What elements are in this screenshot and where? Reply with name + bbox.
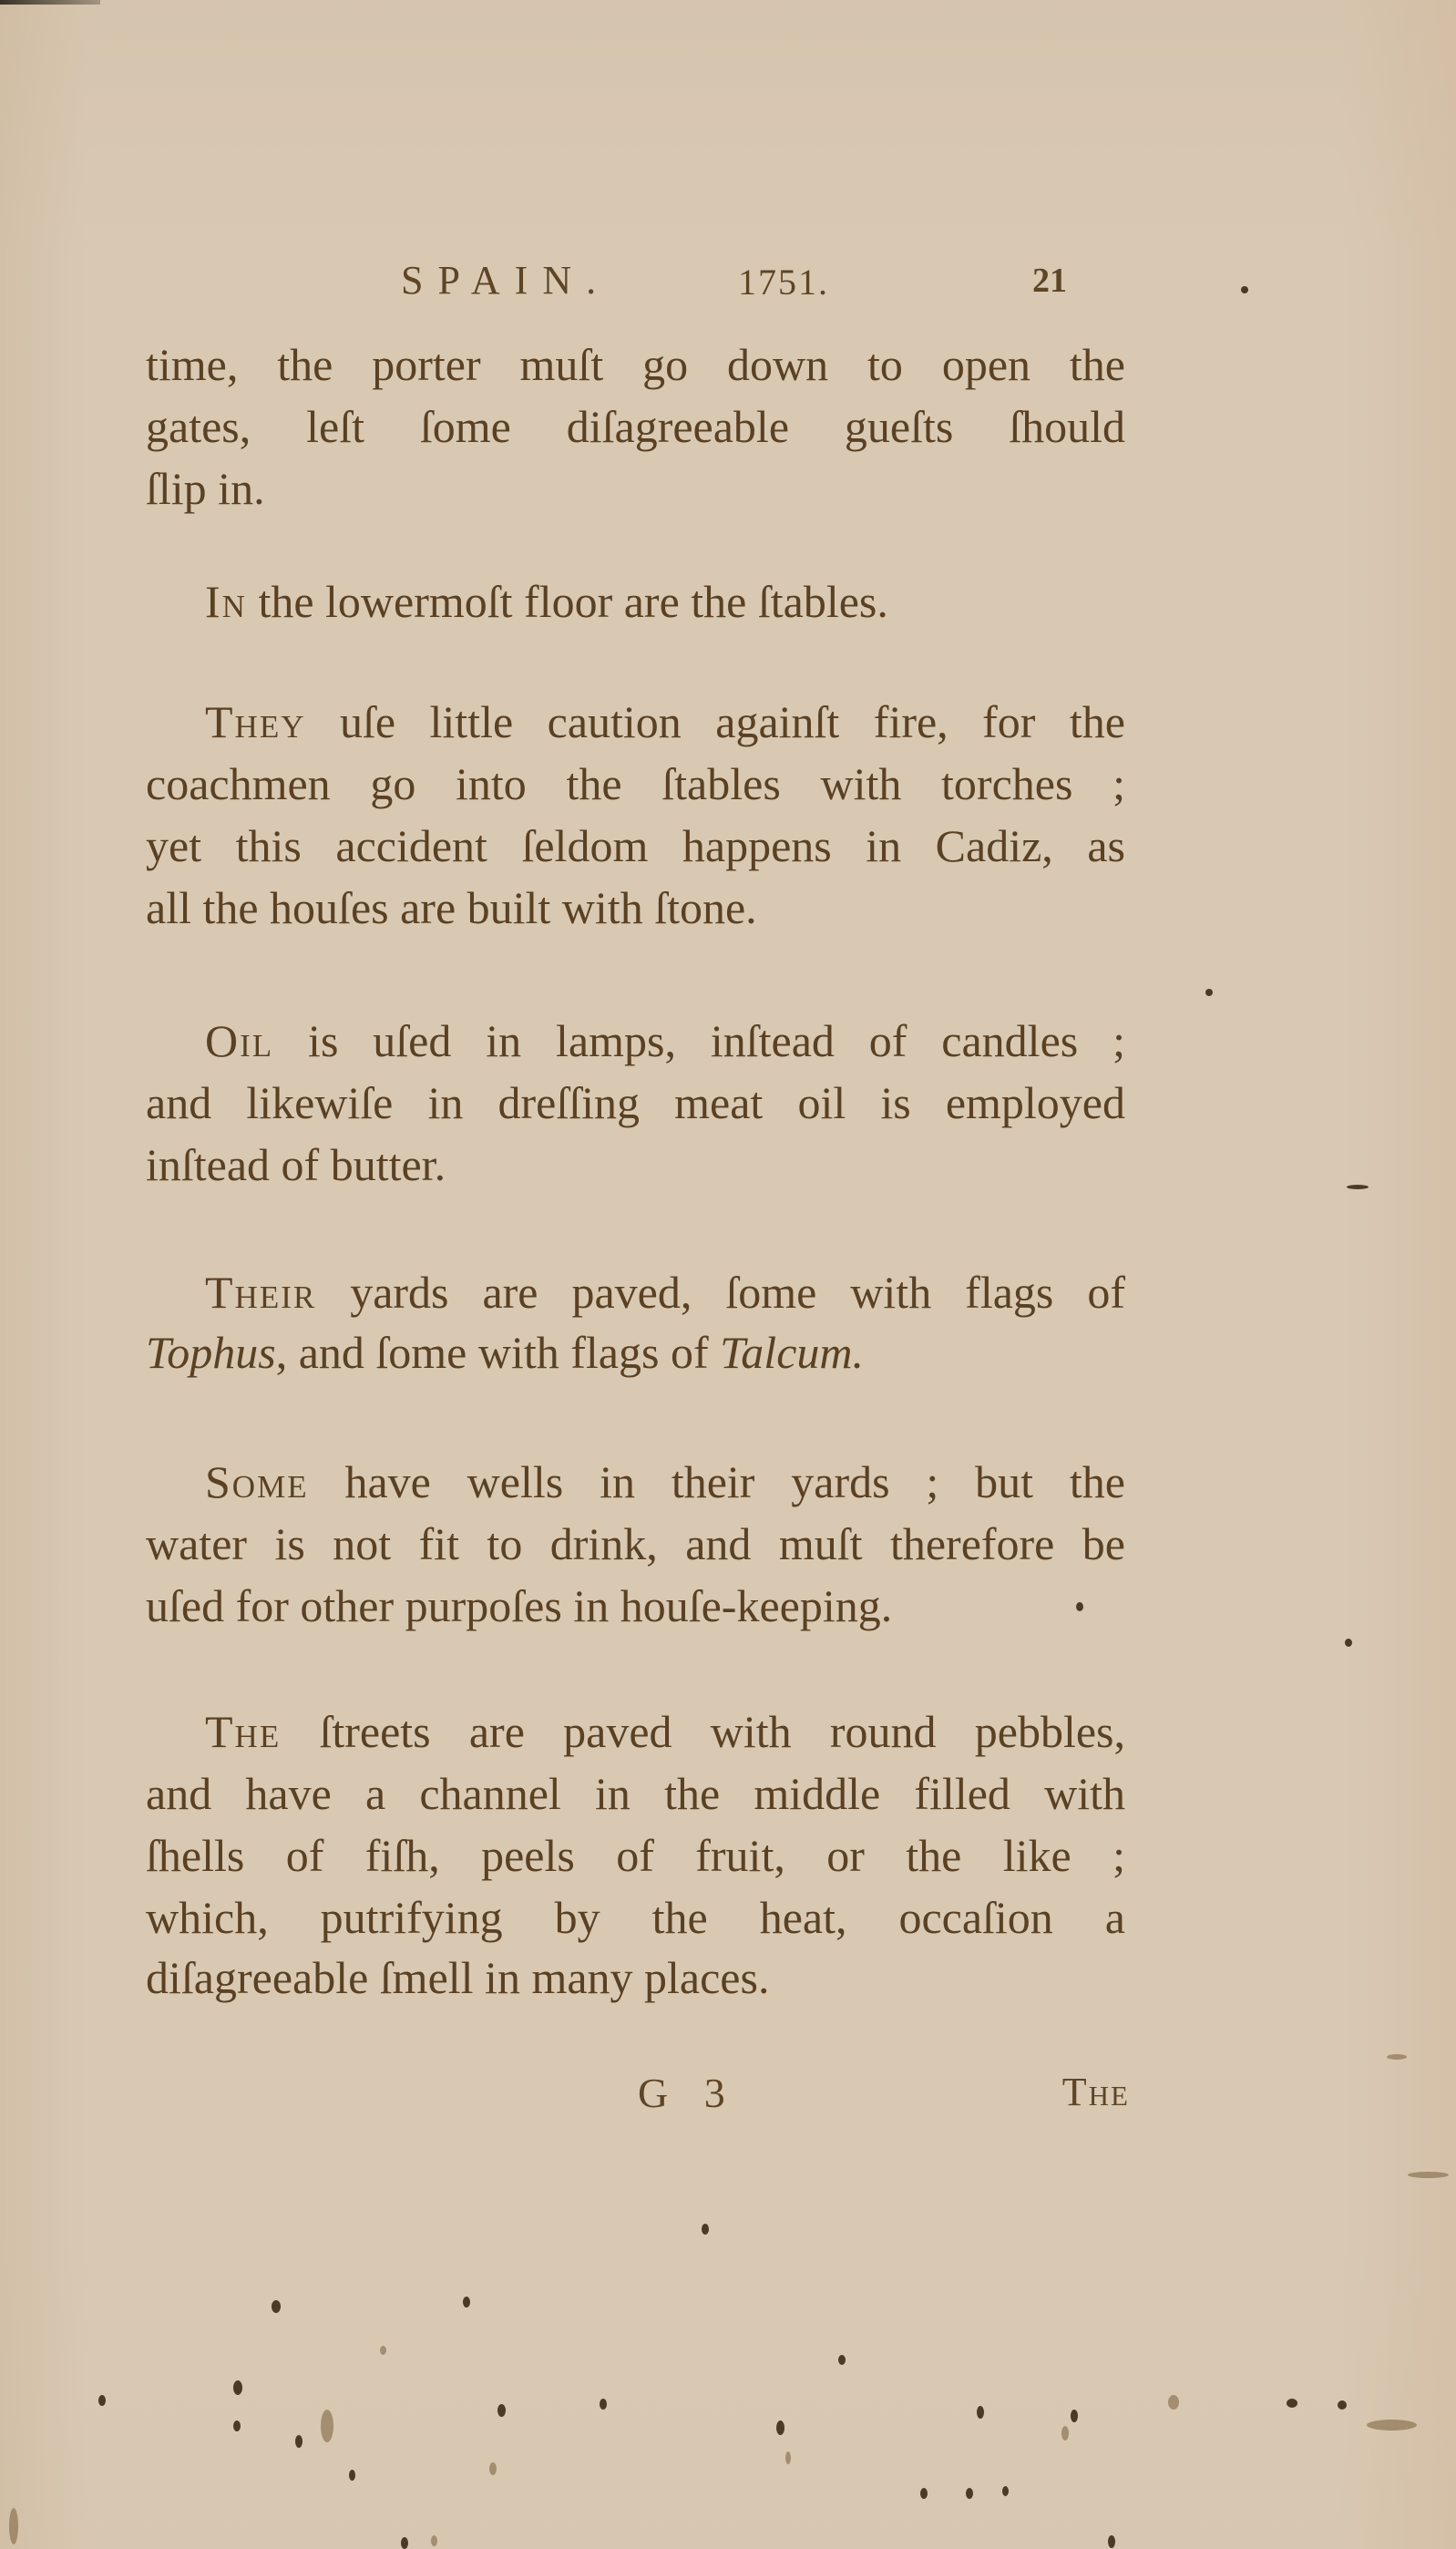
text-span: ſtreets are paved with round pebbles, bbox=[319, 1706, 1125, 1757]
text-span: the lowermoſt floor are the ſtables. bbox=[258, 576, 887, 627]
text-line: and have a channel in the middle filled … bbox=[146, 1766, 1125, 1821]
speck bbox=[233, 2421, 241, 2431]
speck bbox=[1002, 2486, 1009, 2496]
speck bbox=[1071, 2410, 1078, 2422]
text-span: yards are paved, ſome with flags of bbox=[350, 1267, 1125, 1318]
text-line: ſlip in. bbox=[146, 461, 1125, 516]
book-page: SPAIN. 1751. 21 time, the porter muſt go… bbox=[0, 0, 1456, 2549]
speck bbox=[272, 2300, 281, 2313]
paragraph-yards: Their yards are paved, ſome with flags o… bbox=[146, 1265, 1125, 1320]
speck bbox=[785, 2451, 791, 2464]
speck bbox=[702, 2224, 709, 2235]
speck bbox=[1287, 2399, 1297, 2408]
paragraph-stables: In the lowermoſt floor are the ſtables. bbox=[146, 574, 1125, 629]
text-line: inſtead of butter. bbox=[146, 1137, 1125, 1192]
speck bbox=[1061, 2426, 1069, 2441]
catchword: The bbox=[1062, 2069, 1130, 2115]
speck bbox=[1345, 1639, 1352, 1647]
text-line: coachmen go into the ſtables with torche… bbox=[146, 756, 1125, 811]
paragraph-lead: Their bbox=[205, 1267, 316, 1318]
speck bbox=[380, 2346, 386, 2355]
paragraph-fire: They uſe little caution againſt fire, fo… bbox=[146, 694, 1125, 749]
speck bbox=[295, 2435, 302, 2448]
text-line: diſagreeable ſmell in many places. bbox=[146, 1950, 1125, 2005]
running-head-year: 1751. bbox=[738, 261, 829, 303]
speck bbox=[98, 2395, 106, 2406]
speck bbox=[401, 2537, 408, 2549]
speck bbox=[1205, 989, 1213, 996]
text-span: have wells in their yards ; but the bbox=[344, 1456, 1125, 1507]
signature-mark: G 3 bbox=[638, 2069, 738, 2117]
speck bbox=[920, 2488, 928, 2499]
running-head-title: SPAIN. bbox=[401, 257, 610, 303]
speck bbox=[1387, 2054, 1407, 2060]
speck bbox=[497, 2404, 506, 2417]
paragraph-lead: Oil bbox=[205, 1015, 273, 1066]
speck bbox=[431, 2535, 437, 2546]
speck bbox=[1168, 2395, 1179, 2410]
page-number: 21 bbox=[1032, 261, 1067, 301]
page-footer: G 3 The bbox=[638, 2069, 1130, 2133]
speck bbox=[600, 2399, 607, 2410]
speck bbox=[977, 2406, 984, 2419]
speck bbox=[1241, 286, 1248, 293]
speck bbox=[966, 2488, 973, 2499]
speck bbox=[1367, 2420, 1417, 2431]
text-span: is uſed in lamps, inſtead of candles ; bbox=[308, 1015, 1125, 1066]
paragraph-wells: Some have wells in their yards ; but the bbox=[146, 1454, 1125, 1509]
speck bbox=[489, 2462, 497, 2475]
running-head: SPAIN. 1751. 21 bbox=[401, 257, 1130, 312]
text-span: uſe little caution againſt fire, for the bbox=[340, 696, 1125, 747]
speck bbox=[233, 2380, 242, 2395]
paragraph-lead: Some bbox=[205, 1456, 309, 1507]
text-span: , and ſome with flags of bbox=[276, 1327, 709, 1378]
speck bbox=[1076, 1602, 1083, 1611]
paragraph-streets: The ſtreets are paved with round pebbles… bbox=[146, 1704, 1125, 1759]
text-line: ſhells of fiſh, peels of fruit, or the l… bbox=[146, 1828, 1125, 1883]
text-line: all the houſes are built with ſtone. bbox=[146, 880, 1125, 935]
speck bbox=[1347, 1185, 1369, 1189]
text-line: Tophus, and ſome with flags of Talcum. bbox=[146, 1325, 1125, 1380]
italic-term: Tophus bbox=[146, 1327, 276, 1378]
text-line: which, putrifying by the heat, occaſion … bbox=[146, 1890, 1125, 1945]
speck bbox=[9, 2508, 18, 2544]
speck bbox=[1408, 2172, 1449, 2178]
text-line: gates, leſt ſome diſagreeable gueſts ſho… bbox=[146, 399, 1125, 454]
speck bbox=[776, 2421, 784, 2435]
italic-term: Talcum. bbox=[720, 1327, 864, 1378]
speck bbox=[349, 2470, 355, 2481]
speck bbox=[1108, 2535, 1115, 2548]
speck bbox=[838, 2355, 846, 2365]
text-line: yet this accident ſeldom happens in Cadi… bbox=[146, 818, 1125, 873]
speck bbox=[463, 2297, 470, 2307]
speck bbox=[1338, 2400, 1347, 2410]
paragraph-oil: Oil is uſed in lamps, inſtead of candles… bbox=[146, 1013, 1125, 1068]
paragraph-lead: They bbox=[205, 696, 305, 747]
text-line: water is not fit to drink, and muſt ther… bbox=[146, 1516, 1125, 1571]
text-line: uſed for other purpoſes in houſe-keeping… bbox=[146, 1578, 1125, 1633]
paragraph-lead: The bbox=[205, 1706, 281, 1757]
text-line: and likewiſe in dreſſing meat oil is emp… bbox=[146, 1075, 1125, 1130]
speck bbox=[321, 2410, 333, 2442]
text-line: time, the porter muſt go down to open th… bbox=[146, 337, 1125, 392]
paragraph-lead: In bbox=[205, 576, 247, 627]
